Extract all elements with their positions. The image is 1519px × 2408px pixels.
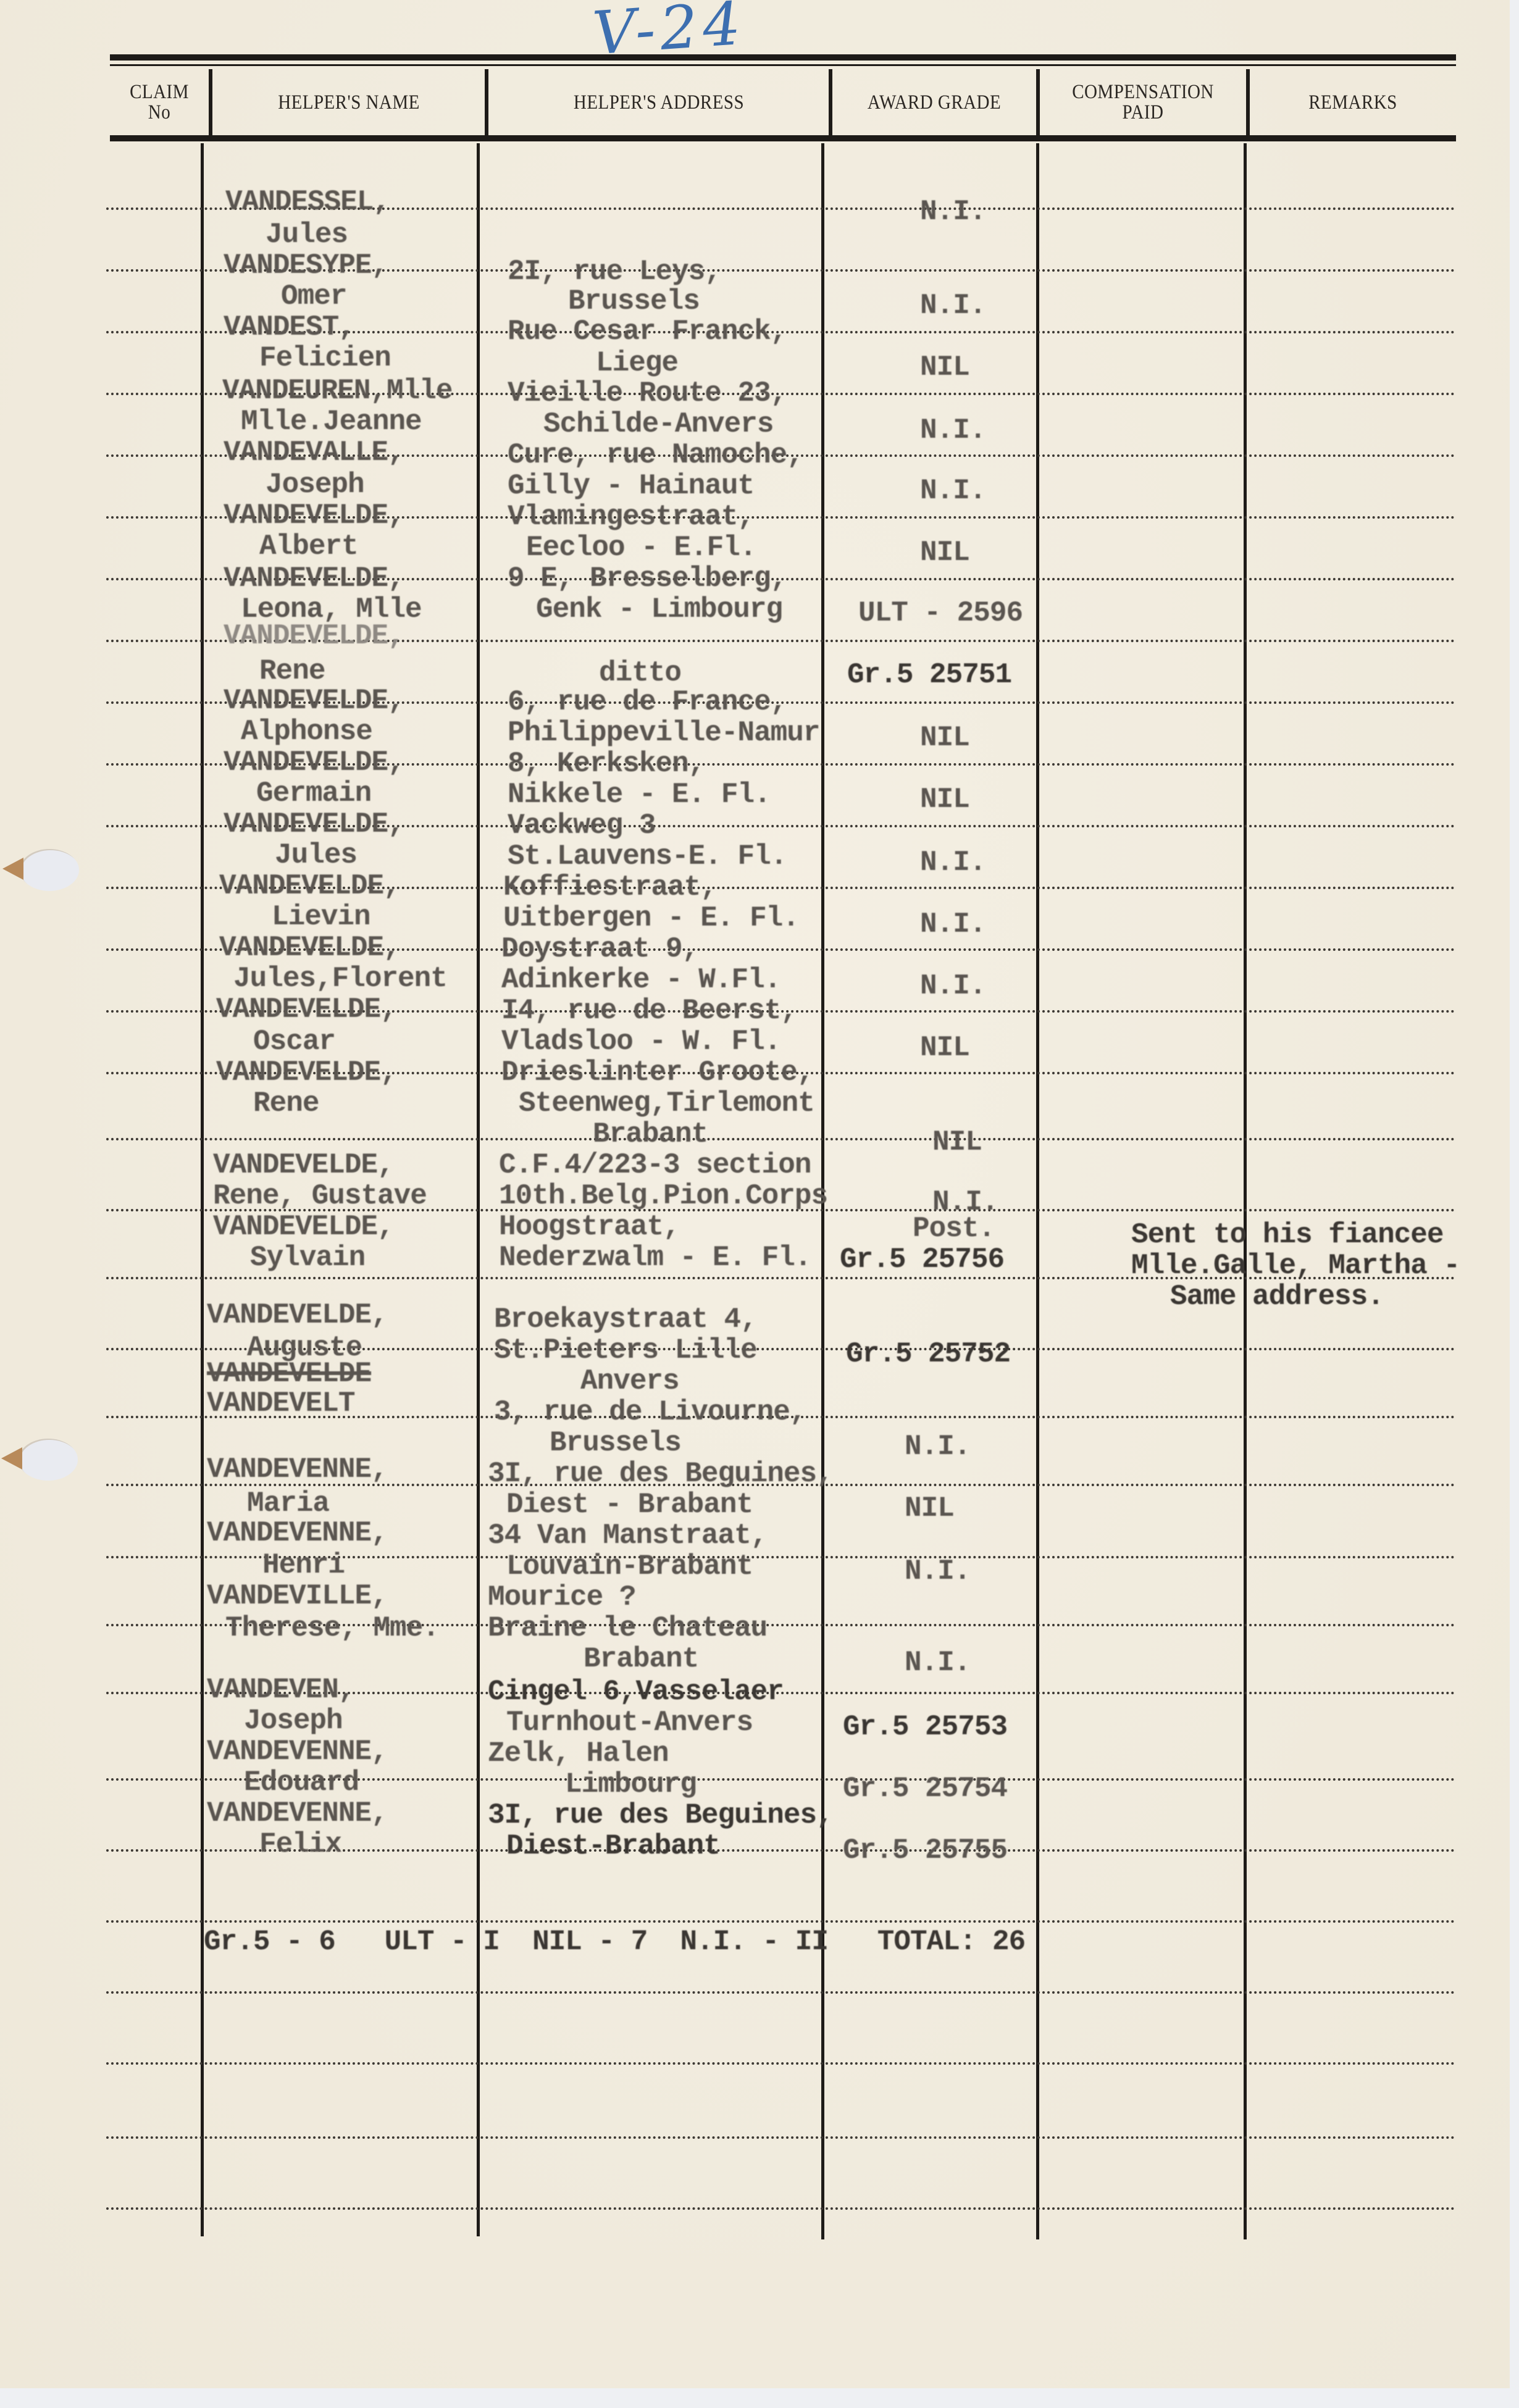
helper-surname: VANDEVEN, (207, 1674, 354, 1705)
header-divider (485, 69, 488, 136)
helper-surname: VANDEVELT (207, 1388, 354, 1419)
helper-address-line: Nederzwalm - E. Fl. (499, 1242, 811, 1273)
helper-given-name: Joseph (266, 469, 364, 500)
helper-surname: VANDEVENNE, (207, 1518, 388, 1549)
helper-address-line: Nikkele - E. Fl. (508, 779, 771, 810)
helper-given-name: Edouard (244, 1767, 359, 1798)
helper-surname: VANDEVELDE, (219, 871, 400, 901)
helper-address-line: Diest-Brabant (506, 1831, 720, 1862)
helper-address-line: Broekaystraat 4, (494, 1304, 757, 1335)
helper-address-line: Hoogstraat, (499, 1211, 680, 1242)
award-grade: Gr.5 25752 (846, 1339, 1010, 1369)
column-header-helper-name: HELPER'S NAME (229, 69, 468, 136)
helper-given-name: Lievin (272, 901, 370, 932)
helper-address-line: Brussels (550, 1428, 681, 1458)
punch-hole-upper (20, 849, 79, 891)
document-sheet: V-24 CLAIM No HELPER'S NAME HELPER'S ADD… (0, 0, 1510, 2388)
helper-surname: VANDEST, (224, 312, 355, 343)
helper-address-line: St.Pieters Lille (494, 1335, 757, 1366)
header-top-rule-thin (110, 64, 1456, 66)
helper-surname: VANDEVELDE, (207, 1300, 388, 1331)
helper-address-line: Mourice ? (488, 1582, 635, 1613)
award-grade: Gr.5 25751 (847, 659, 1011, 690)
helper-address-line: Steenweg,Tirlemont (519, 1088, 814, 1119)
helper-address-line: C.F.4/223-3 section (499, 1150, 811, 1181)
column-header-helper-address: HELPER'S ADDRESS (509, 69, 808, 136)
helper-surname: VANDEVELDE, (224, 563, 404, 594)
helper-address-line: 2I, rue Leys, (508, 256, 721, 287)
helper-address-line: Cingel 6,Vasselaer (488, 1676, 784, 1707)
column-divider-compensation-remarks (1244, 143, 1247, 2239)
award-grade: N.I. (905, 1431, 970, 1462)
header-divider (209, 69, 212, 136)
award-grade: Gr.5 25755 (843, 1835, 1007, 1866)
award-summary-totals: Gr.5 - 6 ULT - I NIL - 7 N.I. - II TOTAL… (204, 1926, 1025, 1957)
award-grade: NIL (905, 1493, 954, 1524)
award-grade: N.I. (920, 290, 985, 321)
helper-given-name: Albert (259, 531, 358, 562)
helper-address-line: Brabant (584, 1644, 698, 1674)
helper-address-line: Vlamingestraat, (508, 501, 754, 532)
helper-given-name: Jules (266, 219, 348, 250)
helper-surname: VANDEVENNE, (207, 1454, 388, 1485)
award-grade: Gr.5 25754 (843, 1773, 1007, 1804)
award-grade: Gr.5 25753 (843, 1712, 1007, 1742)
helper-surname: VANDEUREN,Mlle (222, 375, 452, 406)
helper-surname: VANDEVENNE, (207, 1798, 388, 1829)
column-header-claim: CLAIM No (116, 69, 203, 136)
award-grade: ULT - 2596 (858, 598, 1023, 629)
helper-address-line: Liege (596, 348, 678, 378)
helper-given-name: Maria (247, 1488, 329, 1519)
helper-address-line: 3, rue de Livourne, (494, 1397, 806, 1428)
helper-address-line: St.Lauvens-E. Fl. (508, 841, 787, 872)
award-grade: NIL (920, 537, 969, 568)
remarks-text: Mlle.Galle, Martha - (1131, 1250, 1460, 1281)
helper-address-line: Vieille Route 23, (508, 378, 787, 409)
award-grade: NIL (932, 1127, 982, 1158)
helper-address-line: Braine le Chateau (488, 1613, 767, 1644)
helper-surname: VANDEVELDE, (216, 994, 397, 1025)
helper-address-line: Cure, rue Namoche, (508, 440, 803, 470)
award-grade: NIL (920, 1032, 969, 1063)
helper-address-line: Zelk, Halen (488, 1738, 669, 1769)
header-divider (1246, 69, 1250, 136)
award-grade: N.I. (920, 971, 985, 1001)
helper-address-line: Rue Cesar Franck, (508, 316, 787, 347)
helper-address-line: Diest - Brabant (506, 1489, 753, 1520)
struck-out-surname: VANDEVELDE (207, 1358, 371, 1389)
helper-surname: VANDESYPE, (224, 250, 388, 281)
helper-given-name: Oscar (253, 1026, 335, 1057)
header-divider (1036, 69, 1040, 136)
award-grade: NIL (920, 784, 969, 815)
column-header-remarks: REMARKS (1262, 69, 1444, 136)
remarks-text: Same address. (1170, 1281, 1384, 1312)
award-grade: NIL (920, 722, 969, 753)
helper-given-name: Jules,Florent (233, 963, 447, 994)
header-bottom-rule (110, 135, 1456, 141)
helper-given-name: Felix (259, 1829, 341, 1860)
helper-surname: VANDEVELDE, (213, 1150, 394, 1181)
column-header-compensation-paid: COMPENSATION PAID (1052, 69, 1234, 136)
helper-address-line: 6, rue de France, (508, 687, 787, 717)
helper-given-name: Henri (262, 1550, 345, 1581)
helper-address-line: ditto (599, 658, 681, 688)
helper-given-name: Alphonse (241, 716, 372, 747)
helper-surname: VANDEVENNE, (207, 1736, 388, 1767)
helper-address-line: 34 Van Manstraat, (488, 1520, 767, 1551)
helper-address-line: Philippeville-Namur (508, 717, 820, 748)
column-divider-award-compensation (1036, 143, 1039, 2239)
helper-address-line: Louvain-Brabant (506, 1551, 753, 1582)
helper-given-name: Felicien (259, 343, 391, 374)
helper-surname: VANDEVALLE, (224, 437, 404, 468)
helper-address-line: Vackweg 3 (508, 810, 655, 841)
helper-surname: VANDEVELDE, (224, 685, 404, 716)
award-grade: N.I. (920, 415, 985, 446)
helper-address-line: Eecloo - E.Fl. (526, 532, 756, 563)
helper-address-line: 10th.Belg.Pion.Corps (499, 1181, 827, 1211)
helper-address-line: Brabant (593, 1119, 708, 1150)
helper-surname: VANDESSEL, (225, 186, 390, 217)
helper-surname: VANDEVELDE, (224, 621, 404, 651)
helper-address-line: 3I, rue des Beguines, (488, 1800, 833, 1831)
header-divider (829, 69, 832, 136)
helper-surname: VANDEVELDE, (213, 1211, 394, 1242)
helper-given-name: Sylvain (250, 1242, 365, 1273)
header-top-rule-thick (110, 54, 1456, 61)
helper-address-line: Anvers (580, 1366, 679, 1397)
helper-address-line: Drieslinter Groote, (501, 1057, 814, 1088)
award-grade: N.I. (905, 1556, 970, 1587)
helper-given-name: Joseph (244, 1705, 343, 1736)
column-header-award-grade: AWARD GRADE (845, 69, 1024, 136)
helper-given-name: Omer (281, 281, 346, 312)
award-grade: N.I. (920, 196, 985, 227)
award-grade: NIL (920, 352, 969, 383)
helper-address-line: Uitbergen - E. Fl. (503, 903, 799, 934)
punch-hole-lower (19, 1439, 78, 1481)
helper-address-line: Vladsloo - W. Fl. (501, 1026, 780, 1057)
award-grade: N.I. (920, 909, 985, 940)
helper-surname: VANDEVELDE, (216, 1057, 397, 1088)
helper-given-name: Rene, Gustave (213, 1181, 427, 1211)
remarks-text: Sent to his fiancee (1131, 1219, 1444, 1250)
helper-address-line: Doystraat 9, (501, 934, 698, 964)
helper-address-line: I4, rue de Beerst, (501, 995, 797, 1026)
helper-address-line: Limbourg (565, 1769, 697, 1800)
helper-address-line: Schilde-Anvers (543, 409, 773, 440)
helper-address-line: 3I, rue des Beguines, (488, 1458, 833, 1489)
award-grade: N.I. (905, 1647, 970, 1678)
helper-address-line: Gilly - Hainaut (508, 470, 754, 501)
helper-surname: VANDEVILLE, (207, 1581, 388, 1612)
helper-given-name: Mlle.Jeanne (241, 406, 422, 437)
helper-address-line: Brussels (568, 286, 700, 317)
helper-given-name: Jules (275, 840, 357, 871)
award-grade: Gr.5 25756 (840, 1244, 1004, 1275)
helper-address-line: Turnhout-Anvers (506, 1707, 753, 1738)
award-grade: N.I. (920, 475, 985, 506)
helper-address-line: Koffiestraat, (503, 872, 717, 903)
helper-address-line: 8, Kerksken, (508, 748, 705, 779)
helper-address-line: Genk - Limbourg (536, 594, 782, 625)
award-grade: Post. (913, 1213, 995, 1244)
helper-surname: VANDEVELDE, (219, 932, 400, 963)
helper-surname: VANDEVELDE, (224, 747, 404, 778)
helper-surname: VANDEVELDE, (224, 500, 404, 531)
award-grade: N.I. (920, 847, 985, 878)
helper-address-line: Adinkerke - W.Fl. (501, 964, 780, 995)
helper-given-name: Rene (259, 656, 325, 687)
helper-given-name: Therese, Mme. (225, 1613, 439, 1644)
helper-address-line: 9 E, Bresselberg, (508, 563, 787, 594)
helper-surname: VANDEVELDE, (224, 809, 404, 840)
helper-given-name: Germain (256, 778, 371, 809)
helper-given-name: Rene (253, 1088, 319, 1119)
